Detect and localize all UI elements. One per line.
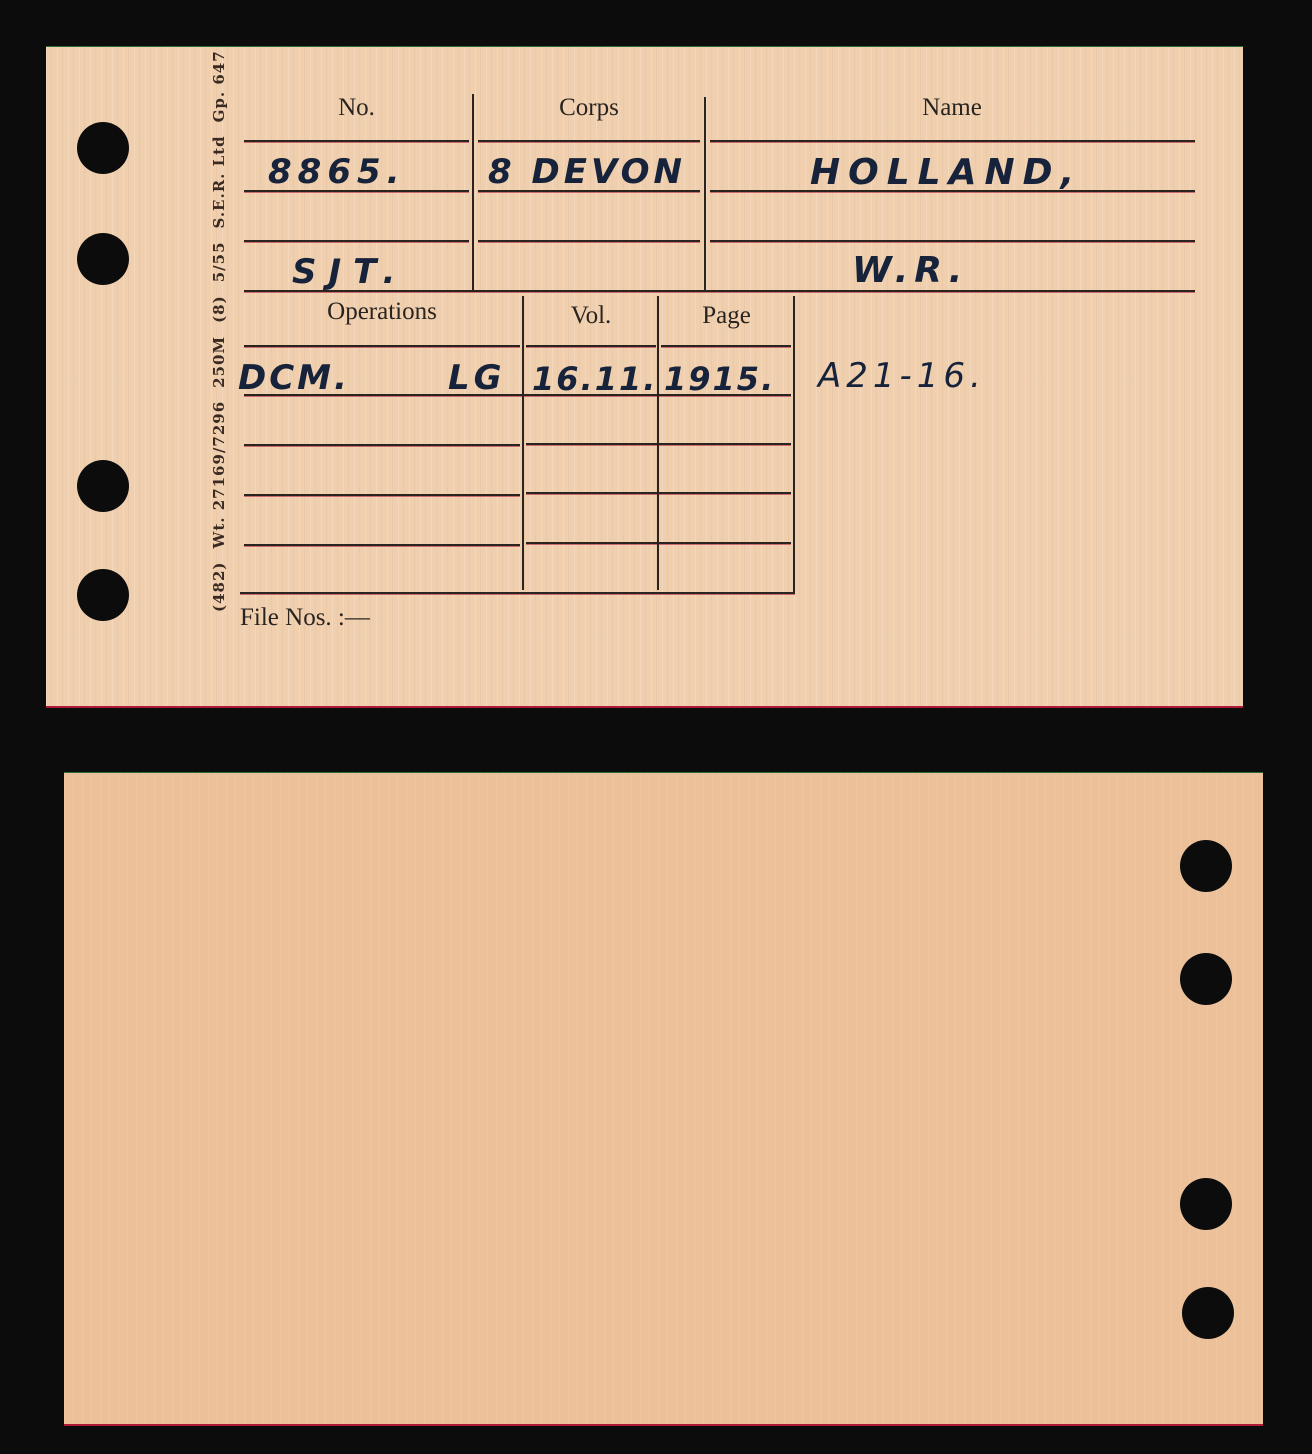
rule <box>244 240 469 242</box>
surname: HOLLAND, <box>810 152 1082 193</box>
rule <box>526 443 791 445</box>
punch-hole-icon <box>1182 1287 1234 1339</box>
printer-imprint: (482)Wt. 27169/7296250M(8)5/55S.E.R. Ltd… <box>210 37 228 612</box>
column-divider <box>472 94 474 290</box>
column-divider <box>704 97 706 290</box>
header-name: Name <box>710 94 1194 122</box>
rule <box>240 592 795 594</box>
punch-hole-icon <box>77 233 129 285</box>
rule <box>478 140 700 142</box>
header-page: Page <box>660 302 793 330</box>
service-number: 8865. <box>268 152 406 192</box>
operation-award: DCM. <box>238 358 350 398</box>
rule <box>244 494 520 496</box>
gazette-date-year: 1915. <box>664 360 775 398</box>
gazette-abbr: LG <box>448 358 506 398</box>
rule <box>244 444 520 446</box>
rule <box>710 240 1195 242</box>
punch-hole-icon <box>1180 840 1232 892</box>
rule <box>244 345 520 347</box>
header-no: No. <box>244 94 469 122</box>
column-divider <box>522 296 524 590</box>
gazette-date-day-month: 16.11. <box>532 360 657 398</box>
punch-hole-icon <box>77 460 129 512</box>
rule <box>526 542 791 544</box>
punch-hole-icon <box>1180 953 1232 1005</box>
punch-hole-icon <box>1180 1178 1232 1230</box>
file-nos-label: File Nos. :— <box>240 604 370 632</box>
rule <box>478 240 700 242</box>
header-corps: Corps <box>475 94 703 122</box>
rule <box>661 345 791 347</box>
header-operations: Operations <box>244 298 520 326</box>
index-card-back <box>64 772 1263 1426</box>
column-divider <box>657 296 659 590</box>
reference-number: A21-16. <box>818 356 986 396</box>
rule <box>244 140 469 142</box>
header-vol: Vol. <box>524 302 658 330</box>
rule <box>244 544 520 546</box>
punch-hole-icon <box>77 569 129 621</box>
punch-hole-icon <box>77 122 129 174</box>
initials: W.R. <box>852 250 968 291</box>
column-divider <box>793 296 795 593</box>
rank: SJT. <box>292 252 407 292</box>
rule <box>526 345 656 347</box>
rule <box>710 140 1195 142</box>
corps-value: 8 DEVON <box>488 152 686 192</box>
rule <box>526 492 791 494</box>
